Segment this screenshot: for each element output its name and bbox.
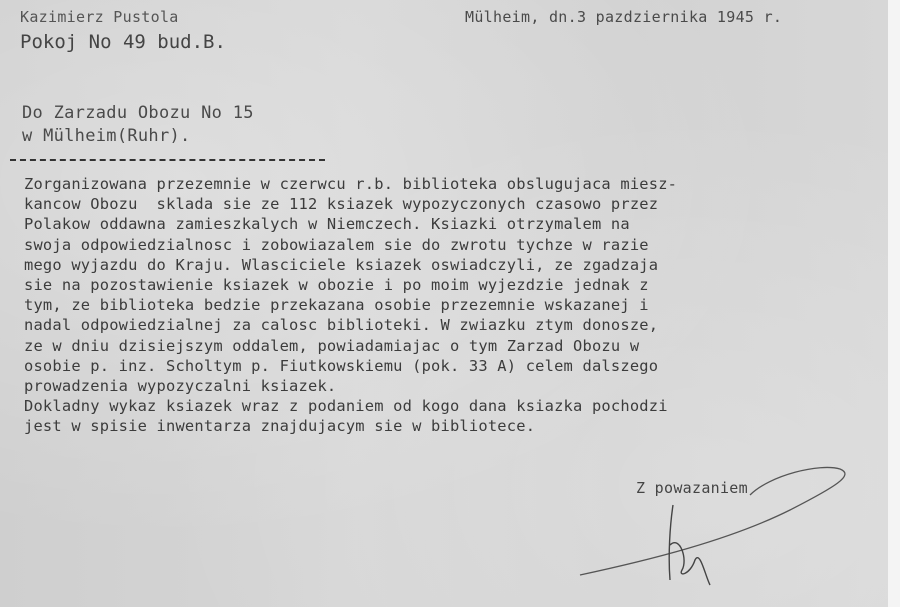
page-edge [888, 0, 900, 607]
body-line: swoja odpowiedzialnosc i zobowiazalem si… [24, 235, 884, 255]
place-date: Mülheim, dn.3 pazdziernika 1945 r. [465, 8, 782, 26]
letter-body: Zorganizowana przezemnie w czerwcu r.b. … [24, 174, 884, 437]
dashed-divider [10, 159, 325, 161]
body-line: osobie p. inz. Scholtym p. Fiutkowskiemu… [24, 356, 884, 376]
body-line: sie na pozostawienie ksiazek w obozie i … [24, 275, 884, 295]
body-line: kancow Obozu sklada sie ze 112 ksiazek w… [24, 194, 884, 214]
body-line: Dokladny wykaz ksiazek wraz z podaniem o… [24, 396, 884, 416]
signature-icon [570, 465, 870, 605]
body-line: ze w dniu dzisiejszym oddalem, powiadami… [24, 336, 884, 356]
body-line: jest w spisie inwentarza znajdujacym sie… [24, 416, 884, 436]
recipient-line-2: w Mülheim(Ruhr). [22, 126, 191, 146]
body-line: nadal odpowiedzialnej za calosc bibliote… [24, 315, 884, 335]
letter-page: Kazimierz Pustola Pokoj No 49 bud.B. Mül… [0, 0, 888, 607]
body-line: mego wyjazdu do Kraju. Wlasciciele ksiaz… [24, 255, 884, 275]
body-line: Polakow oddawna zamieszkalych w Niemczec… [24, 214, 884, 234]
sender-name: Kazimierz Pustola [20, 8, 179, 26]
body-line: Zorganizowana przezemnie w czerwcu r.b. … [24, 174, 884, 194]
recipient-line-1: Do Zarzadu Obozu No 15 [22, 103, 254, 123]
body-line: tym, ze biblioteka bedzie przekazana oso… [24, 295, 884, 315]
body-line: prowadzenia wypozyczalni ksiazek. [24, 376, 884, 396]
sender-room: Pokoj No 49 bud.B. [20, 31, 226, 53]
